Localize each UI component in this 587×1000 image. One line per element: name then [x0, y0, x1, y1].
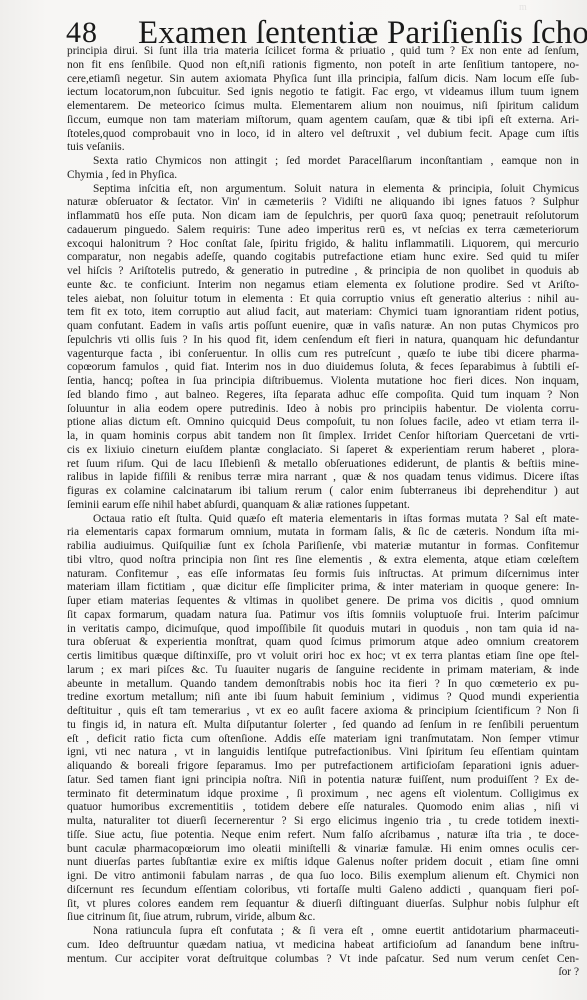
text-line: ſit, vt plures colores eandem rem ſequan…: [67, 898, 579, 912]
text-line: ſuper etiam materias ſequentes & vltimas…: [67, 595, 579, 609]
text-line: ptione alias dictum eſt. Omnino quicquid…: [67, 416, 579, 430]
text-line: quatuor humoribus excrementitiis , totid…: [67, 801, 579, 815]
text-line: ralibus in lapide fiſſili & renibus terr…: [67, 471, 579, 485]
text-line: ria elementaris capax formarum omnium, m…: [67, 526, 579, 540]
text-line: igni. De vitro antimonii fabulam narras …: [67, 870, 579, 884]
text-line: la, in quam hominis corpus abit tandem n…: [67, 430, 579, 444]
text-line: in veritatis campo, dicimuſque, quod imp…: [67, 623, 579, 637]
text-line: aliquando & boreali frigore ſeparamus. I…: [67, 760, 579, 774]
text-line: tura obſeruat & experientia monſtrat, qu…: [67, 636, 579, 650]
text-line: ſoluuntur in alia eodem opere putredinis…: [67, 403, 579, 417]
text-line: ſed blando fimo , aut balneo. Regeres, i…: [67, 389, 579, 403]
text-line: ſiccum, eumque non tam materiam miſtorum…: [67, 114, 579, 128]
text-line: mentum. Cur accipiter vorat deſtruitque …: [67, 953, 579, 967]
text-line: eunte &c. te conficiunt. Interim non neg…: [67, 279, 579, 293]
text-line: Nona ratiuncula ſupra eſt confutata ; & …: [67, 925, 579, 939]
text-line: elementarem. De meteorico ſcimus multa. …: [67, 100, 579, 114]
text-line: ſentia, hancq; poſtea in ſua principia d…: [67, 375, 579, 389]
text-line: ſepulchris vti ollis ſuis ? In his quod …: [67, 334, 579, 348]
text-line: iectum locatorum,non ſubcuitur. Sed igni…: [67, 86, 579, 100]
text-line: vagenturque facta , ibi conſeruentur. In…: [67, 348, 579, 362]
text-line: tu fingis id, in natura eſt. Multa diſpu…: [67, 719, 579, 733]
text-line: quam confutant. Eadem in vaſis artis poſ…: [67, 320, 579, 334]
text-line: ſit capax formarum, quadam natura ſua. P…: [67, 609, 579, 623]
text-line: tem fit ex toto, item corruptio aut aliu…: [67, 306, 579, 320]
text-line: cis ex lixiuio cineturn eiuſdem plantæ c…: [67, 444, 579, 458]
text-line: diſcernunt res ſecundum eſſentiam colori…: [67, 884, 579, 898]
text-line: cum. Ideo deſtruuntur quædam natiua, vt …: [67, 939, 579, 953]
text-line: teles aiebat, non ſoluitur totum in elem…: [67, 293, 579, 307]
text-line: terminato fit determinatum idque proxime…: [67, 788, 579, 802]
text-line: nunt diuerſas partes ſubſtantiæ exire ex…: [67, 856, 579, 870]
text-line: materiam illam fictitiam , quæ dicitur e…: [67, 581, 579, 595]
text-line: comparatur, non negabis adeſſe, quando c…: [67, 251, 579, 265]
text-line: Sexta ratio Chymicos non attingit ; ſed …: [67, 155, 579, 169]
text-line: principia dirui. Si ſunt illa tria mater…: [67, 45, 579, 59]
text-line: non fit ens ſenſibile. Quod non eſt,niſi…: [67, 59, 579, 73]
text-line: Octaua ratio eſt ſtulta. Quid quæſo eſt …: [67, 513, 579, 527]
body-text: principia dirui. Si ſunt illa tria mater…: [67, 45, 579, 980]
text-line: deſtituitur , quis eſt tam temerarius , …: [67, 705, 579, 719]
text-line: igni, vti nec natura , vt in languidis l…: [67, 746, 579, 760]
text-line: ret ſuum riſum. Qui de lacu Iſlebienſi &…: [67, 458, 579, 472]
text-line: ſor ?: [67, 966, 579, 980]
text-line: rabilia audiuimus. Quiſquiliæ ſunt ex ſc…: [67, 540, 579, 554]
text-line: larum ; ex mari piſces &c. Tu ſuauiter n…: [67, 664, 579, 678]
text-line: tibi vltro, quod noſtra principia non ſi…: [67, 554, 579, 568]
text-line: naturæ obſeruator & ſectator. Vin' in cæ…: [67, 196, 579, 210]
text-line: tredine exortum metallum; niſi ante ibi …: [67, 691, 579, 705]
text-line: Chymia , ſed in Phyſica.: [67, 169, 579, 183]
text-line: copœorum famulos , quid fiat. Interim no…: [67, 361, 579, 375]
text-line: tuis veſaniis.: [67, 141, 579, 155]
book-page: m 48 Examen ſententiæ Pariſienſis ſcholæ…: [0, 0, 587, 1000]
text-line: tiſſe. Siue actu, ſiue potentia. Neque e…: [67, 829, 579, 843]
text-line: ſtoteles,quod comprobauit vno in loco, i…: [67, 128, 579, 142]
text-line: figuras ex colamine calcinatarum ibi tal…: [67, 485, 579, 499]
text-line: cadauerum pinguedo. Salem requiris: Tune…: [67, 224, 579, 238]
text-line: multa, naturaliter tot diuerſi ſecernere…: [67, 815, 579, 829]
text-line: inflammatū hos eſſe puta. Non dicam iam …: [67, 210, 579, 224]
text-line: ſeminii earum eſſe nihil habet abſurdi, …: [67, 499, 579, 513]
text-line: abeunte in metallum. Quando tandem demon…: [67, 678, 579, 692]
text-line: vel hiſcis ? Ariſtotelis putredo, & gene…: [67, 265, 579, 279]
text-line: certis limitibus quæque diſtinxiſſe, pro…: [67, 650, 579, 664]
text-line: Septima inſcitia eſt, non argumentum. So…: [67, 183, 579, 197]
text-line: ſatur. Sed tamen fiant igni principia no…: [67, 774, 579, 788]
text-line: bunt caculæ pharmacopœiorum imo oleatii …: [67, 843, 579, 857]
page-number: 48: [66, 18, 98, 48]
text-line: ſiue citrinum ſit, ſiue atrum, rubrum, v…: [67, 911, 579, 925]
text-line: naturam. Confitemur , eas eſſe informata…: [67, 568, 579, 582]
text-line: excoqui halonitrum ? Hoc conſtat ſale, ſ…: [67, 238, 579, 252]
text-line: eſt , deficit ratio ficta cum oſtenſione…: [67, 733, 579, 747]
text-line: cere,etiamſi negetur. Sin autem axiomata…: [67, 73, 579, 87]
